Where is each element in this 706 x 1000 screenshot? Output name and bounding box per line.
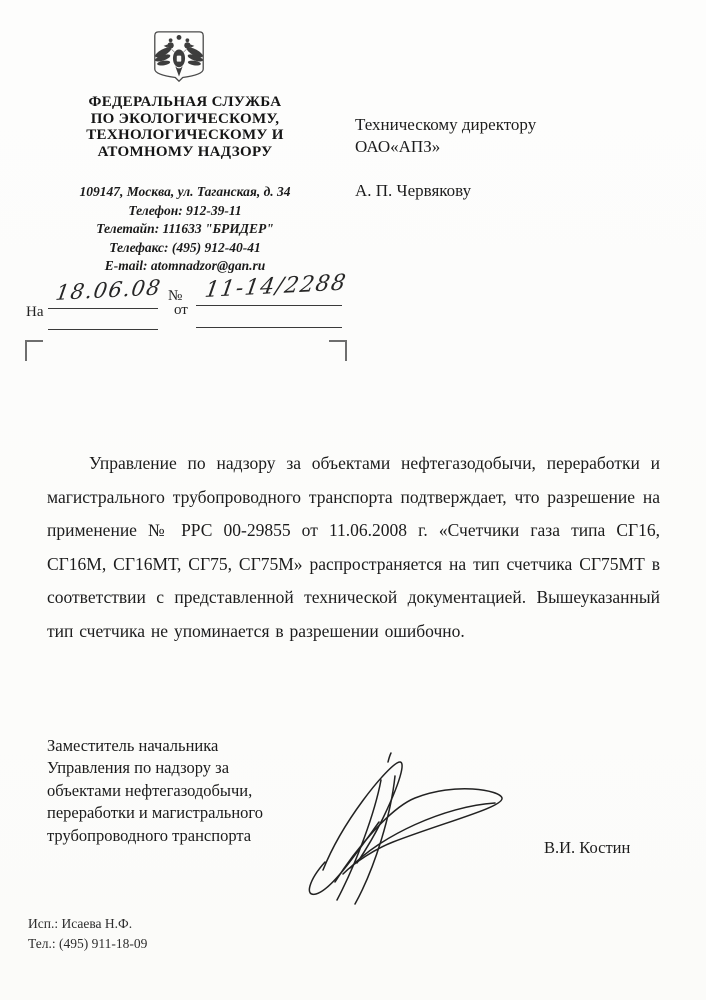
agency-name-line: ФЕДЕРАЛЬНАЯ СЛУЖБА xyxy=(40,94,330,111)
corner-mark-right xyxy=(329,340,347,361)
corner-mark-left xyxy=(25,340,43,361)
signer-title-line: Заместитель начальника xyxy=(47,735,263,757)
signer-name: В.И. Костин xyxy=(544,838,630,858)
signer-title-line: переработки и магистрального xyxy=(47,802,263,824)
executor-info-block: Исп.: Исаева Н.Ф. Тел.: (495) 911-18-09 xyxy=(28,914,147,953)
agency-name-line: ПО ЭКОЛОГИЧЕСКОМУ, xyxy=(40,111,330,128)
recipient-org: ОАО«АПЗ» xyxy=(355,136,536,158)
handwritten-date: 18.06.08 xyxy=(54,275,163,305)
date-line xyxy=(48,308,158,309)
recipient-name: А. П. Червякову xyxy=(355,180,536,202)
body-paragraph: Управление по надзору за объектами нефте… xyxy=(47,447,660,649)
double-headed-eagle-icon xyxy=(154,35,204,77)
agency-name-line: ТЕХНОЛОГИЧЕСКОМУ И xyxy=(40,127,330,144)
recipient-title: Техническому директору xyxy=(355,114,536,136)
agency-name-line: АТОМНОМУ НАДЗОРУ xyxy=(40,144,330,161)
agency-contacts-block: 109147, Москва, ул. Таганская, д. 34 Тел… xyxy=(40,183,330,276)
executor-phone: Тел.: (495) 911-18-09 xyxy=(28,934,147,954)
number-line xyxy=(196,305,342,306)
signer-title-line: трубопроводного транспорта xyxy=(47,825,263,847)
signer-title-line: объектами нефтегазодобычи, xyxy=(47,780,263,802)
agency-phone: Телефон: 912-39-11 xyxy=(40,202,330,221)
coat-of-arms-icon xyxy=(150,30,208,84)
na-label: На xyxy=(26,304,44,321)
recipient-block: Техническому директору ОАО«АПЗ» А. П. Че… xyxy=(355,114,536,202)
signature-handwriting-icon xyxy=(295,750,525,908)
agency-address: 109147, Москва, ул. Таганская, д. 34 xyxy=(40,183,330,202)
agency-name-block: ФЕДЕРАЛЬНАЯ СЛУЖБА ПО ЭКОЛОГИЧЕСКОМУ, ТЕ… xyxy=(40,94,330,160)
agency-fax: Телефакс: (495) 912-40-41 xyxy=(40,239,330,258)
signer-title-block: Заместитель начальника Управления по над… xyxy=(47,735,263,847)
signer-title-line: Управления по надзору за xyxy=(47,757,263,779)
scanned-letter-page: ФЕДЕРАЛЬНАЯ СЛУЖБА ПО ЭКОЛОГИЧЕСКОМУ, ТЕ… xyxy=(0,0,706,1000)
reply-number-line xyxy=(196,327,342,328)
reply-date-line xyxy=(48,329,158,330)
agency-teletype: Телетайп: 111633 "БРИДЕР" xyxy=(40,220,330,239)
executor-name: Исп.: Исаева Н.Ф. xyxy=(28,914,147,934)
ot-label: от xyxy=(174,302,188,319)
